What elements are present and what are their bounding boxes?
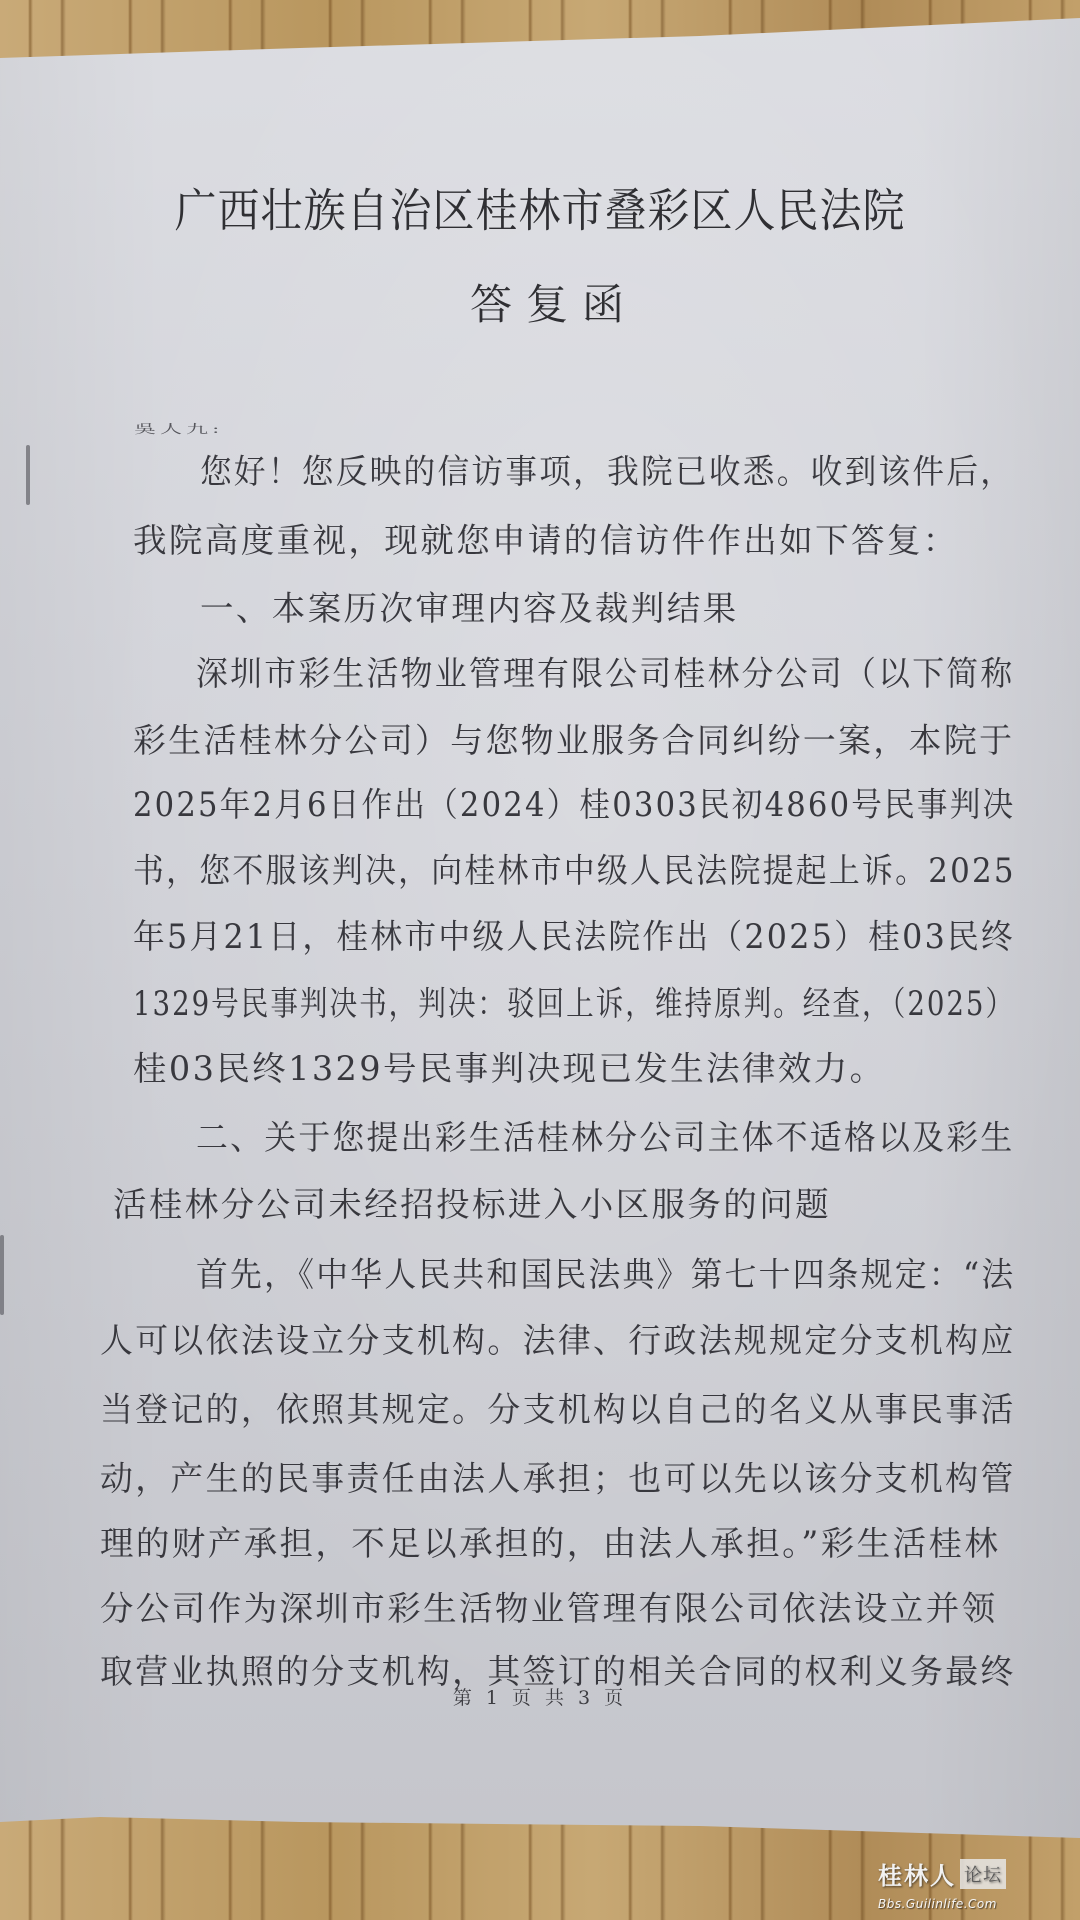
binding-mark-bottom	[0, 1235, 4, 1315]
body-text-line: 一、本案历次审理内容及裁判结果	[200, 592, 739, 626]
body-text-line: 当登记的，依照其规定。分支机构以自己的名义从事民事活	[100, 1393, 1016, 1427]
salutation: 吳人九:	[134, 420, 223, 437]
body-text-line: 您好！您反映的信访事项，我院已收悉。收到该件后，	[200, 455, 1014, 489]
body-text-line: 我院高度重视，现就您申请的信访件作出如下答复：	[133, 524, 959, 558]
body-text-line: 彩生活桂林分公司）与您物业服务合同纠纷一案，本院于	[133, 724, 1014, 758]
body-text-line: 深圳市彩生活物业管理有限公司桂林分公司（以下简称	[196, 657, 1015, 691]
body-text-line: 书，您不服该判决，向桂林市中级人民法院提起上诉。2025	[133, 854, 1016, 888]
page-number: 第 1 页 共 3 页	[0, 1683, 1080, 1710]
body-text-line: 分公司作为深圳市彩生活物业管理有限公司依法设立并领	[100, 1592, 998, 1626]
body-text-line: 活桂林分公司未经招投标进入小区服务的问题	[113, 1188, 831, 1222]
body-text-line: 理的财产承担，不足以承担的，由法人承担。”彩生活桂林	[100, 1527, 1000, 1561]
body-text-line: 人可以依法设立分支机构。法律、行政法规规定分支机构应	[100, 1324, 1016, 1358]
watermark-url: Bbs.Guilinlife.Com	[878, 1897, 1058, 1911]
body-text-line: 桂03民终1329号民事判决现已发生法律效力。	[133, 1052, 886, 1086]
watermark-brand-text: 桂林人	[878, 1856, 956, 1891]
document-subtitle: 答复函	[0, 272, 1080, 332]
forum-watermark: 桂林人 论坛 Bbs.Guilinlife.Com	[878, 1856, 1058, 1911]
body-text-line: 1329号民事判决书，判决：驳回上诉，维持原判。经查，（2025）	[133, 987, 1015, 1021]
watermark-tag: 论坛	[960, 1859, 1006, 1889]
body-text-line: 首先，《中华人民共和国民法典》第七十四条规定：“法	[196, 1258, 1015, 1292]
body-text-line: 2025年2月6日作出（2024）桂0303民初4860号民事判决	[133, 788, 1015, 822]
document-title: 广西壮族自治区桂林市叠彩区人民法院	[0, 175, 1080, 241]
document-page: 广西壮族自治区桂林市叠彩区人民法院 答复函 吳人九: 您好！您反映的信访事项，我…	[0, 0, 1080, 1920]
watermark-brand: 桂林人 论坛	[878, 1856, 1058, 1891]
body-text-line: 动，产生的民事责任由法人承担；也可以先以该分支机构管	[100, 1462, 1016, 1496]
body-text-line: 二、关于您提出彩生活桂林分公司主体不适格以及彩生	[196, 1121, 1015, 1155]
binding-mark-top	[26, 445, 30, 505]
body-text-line: 年5月21日，桂林市中级人民法院作出（2025）桂03民终	[133, 920, 1015, 954]
